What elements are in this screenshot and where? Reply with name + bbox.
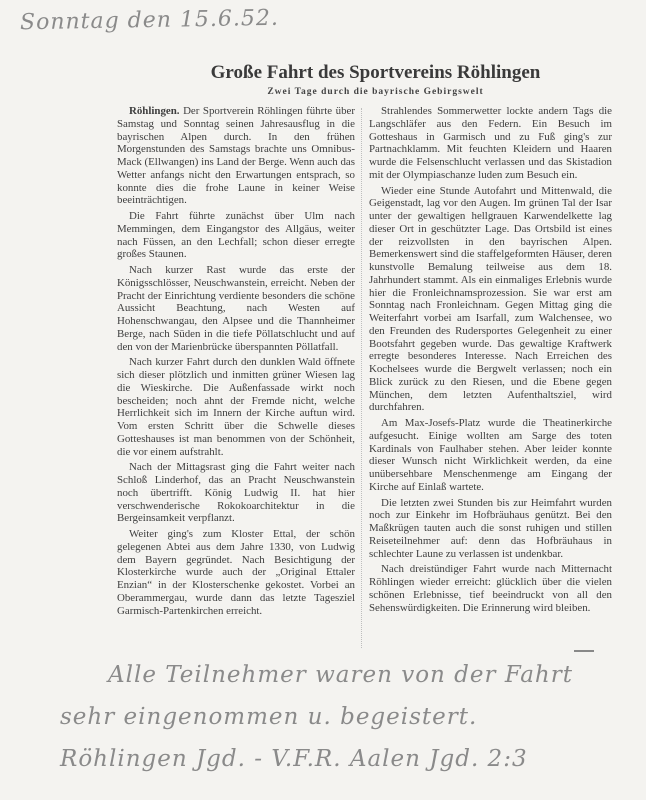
- article-paragraph: Die letzten zwei Stunden bis zur Heimfah…: [369, 497, 612, 561]
- article-paragraph: Nach kurzer Fahrt durch den dunklen Wald…: [117, 356, 355, 458]
- handwritten-date-note: Sonntag den 15.6.52.: [20, 6, 279, 36]
- handwritten-match-score: Röhlingen Jgd. - V.F.R. Aalen Jgd. 2:3: [60, 746, 528, 772]
- article-subheadline: Zwei Tage durch die bayrische Gebirgswel…: [0, 87, 646, 97]
- end-mark: [574, 650, 594, 652]
- article-paragraph: Am Max-Josefs-Platz wurde die Theatinerk…: [369, 417, 612, 494]
- article-paragraph: Die Fahrt führte zunächst über Ulm nach …: [117, 210, 355, 261]
- article-headline: Große Fahrt des Sportvereins Röhlingen: [0, 62, 646, 84]
- article-paragraph: Wieder eine Stunde Autofahrt und Mittenw…: [369, 185, 612, 415]
- article-paragraph: Strahlendes Sommerwetter lockte andern T…: [369, 105, 612, 182]
- article-dateline: Röhlingen.: [129, 105, 180, 117]
- article-paragraph: Nach der Mittagsrast ging die Fahrt weit…: [117, 461, 355, 525]
- article-column-right: Strahlendes Sommerwetter lockte andern T…: [369, 105, 612, 617]
- article-paragraph: Weiter ging's zum Kloster Ettal, der sch…: [117, 528, 355, 617]
- article-column-left: Röhlingen. Der Sportverein Röhlingen füh…: [117, 105, 355, 620]
- handwritten-note-line-2: sehr eingenommen u. begeistert.: [60, 704, 477, 730]
- article-paragraph: Nach kurzer Rast wurde das erste der Kön…: [117, 264, 355, 353]
- article-paragraph: Nach dreistündiger Fahrt wurde nach Mitt…: [369, 563, 612, 614]
- column-divider: [361, 108, 362, 648]
- handwritten-note-line-1: Alle Teilnehmer waren von der Fahrt: [108, 662, 573, 688]
- article-paragraph: Röhlingen. Der Sportverein Röhlingen füh…: [117, 105, 355, 207]
